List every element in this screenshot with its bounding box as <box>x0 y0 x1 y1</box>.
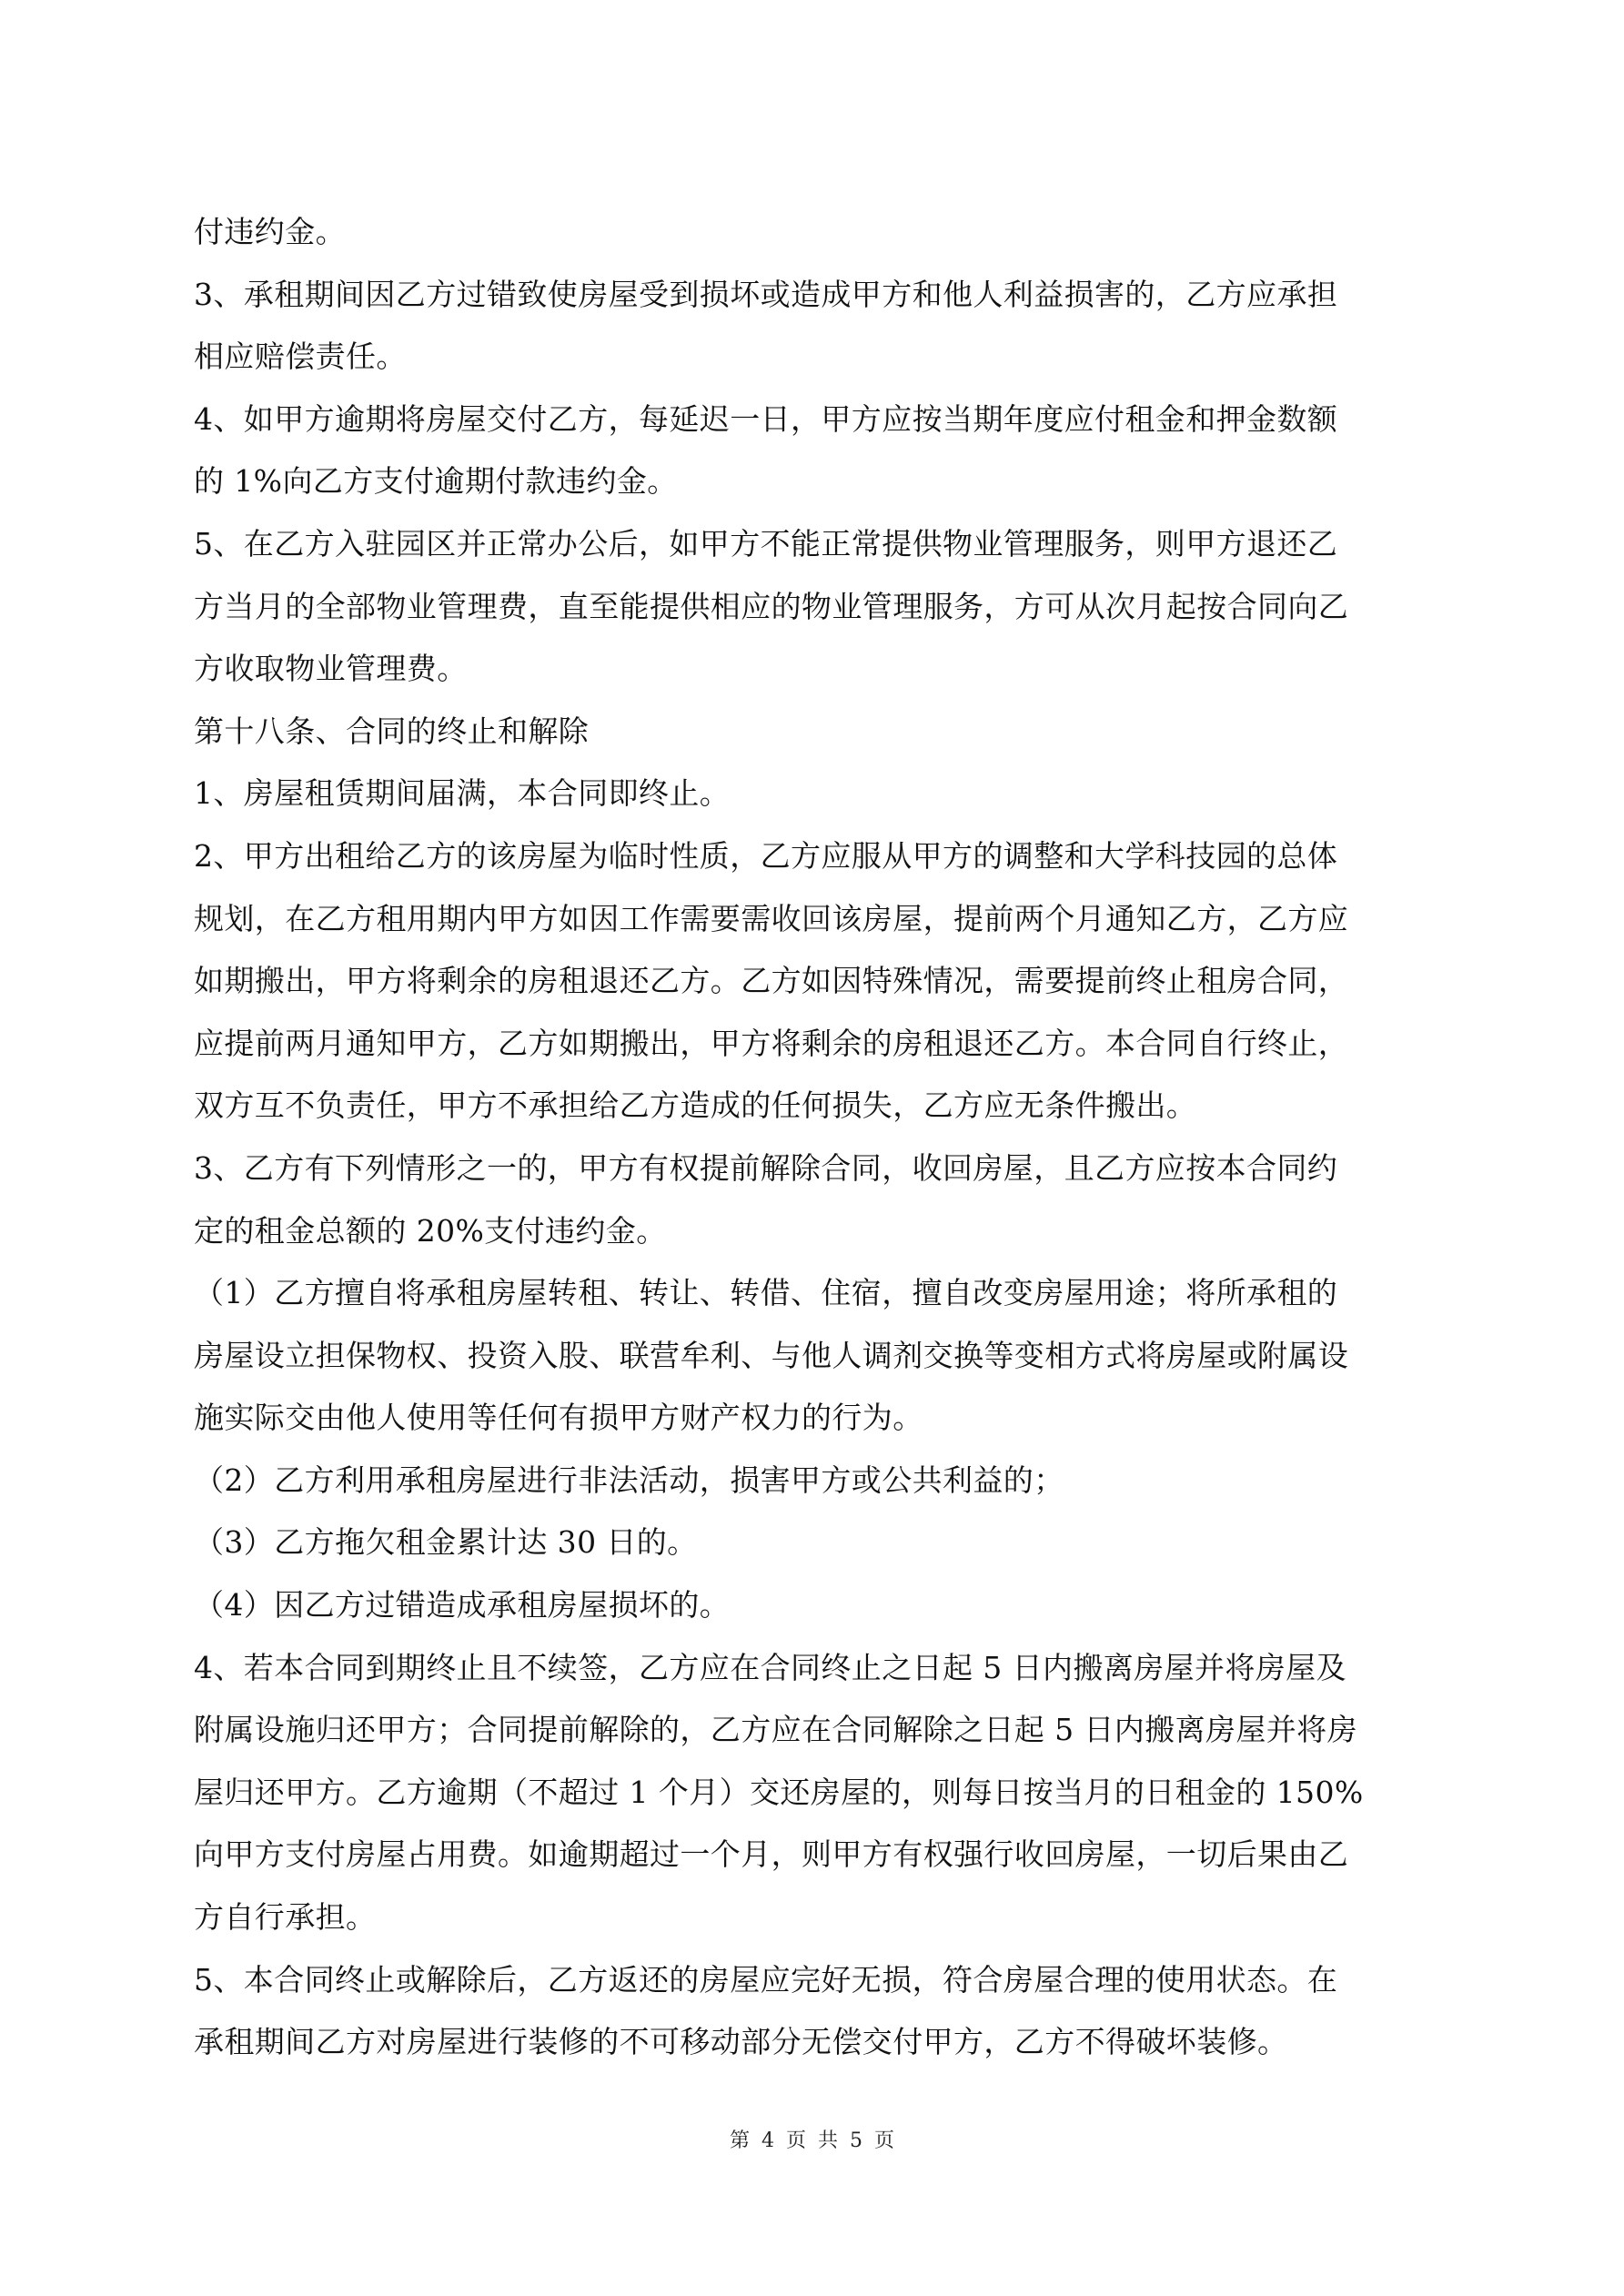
text-line: 如期搬出，甲方将剩余的房租退还乙方。乙方如因特殊情况，需要提前终止租房合同， <box>194 950 1431 1013</box>
text-line: 承租期间乙方对房屋进行装修的不可移动部分无偿交付甲方，乙方不得破坏装修。 <box>194 2011 1431 2074</box>
text-line: 方当月的全部物业管理费，直至能提供相应的物业管理服务，方可从次月起按合同向乙 <box>194 576 1431 639</box>
sub-item-3: （3）乙方拖欠租金累计达 30 日的。 <box>194 1512 1431 1574</box>
text-line: 附属设施归还甲方；合同提前解除的，乙方应在合同解除之日起 5 日内搬离房屋并将房 <box>194 1699 1431 1762</box>
text-line: 双方互不负责任，甲方不承担给乙方造成的任何损失，乙方应无条件搬出。 <box>194 1075 1431 1138</box>
text-line: 定的租金总额的 20%支付违约金。 <box>194 1200 1431 1263</box>
text-line: 屋归还甲方。乙方逾期（不超过 1 个月）交还房屋的，则每日按当月的日租金的 15… <box>194 1762 1431 1825</box>
text-line: 施实际交由他人使用等任何有损甲方财产权力的行为。 <box>194 1387 1431 1450</box>
page-number-footer: 第 4 页 共 5 页 <box>0 2125 1624 2153</box>
document-page: 付违约金。 3、承租期间因乙方过错致使房屋受到损坏或造成甲方和他人利益损害的，乙… <box>0 0 1624 2296</box>
sub-item-4: （4）因乙方过错造成承租房屋损坏的。 <box>194 1574 1431 1637</box>
article-18-clause-2: 2、甲方出租给乙方的该房屋为临时性质，乙方应服从甲方的调整和大学科技园的总体 <box>194 825 1431 888</box>
text-line: 付违约金。 <box>194 201 1431 264</box>
text-line: 房屋设立担保物权、投资入股、联营牟利、与他人调剂交换等变相方式将房屋或附属设 <box>194 1325 1431 1388</box>
clause-4-line: 4、如甲方逾期将房屋交付乙方，每延迟一日，甲方应按当期年度应付租金和押金数额 <box>194 389 1431 451</box>
article-18-clause-3: 3、乙方有下列情形之一的，甲方有权提前解除合同，收回房屋，且乙方应按本合同约 <box>194 1138 1431 1200</box>
text-line: 应提前两月通知甲方，乙方如期搬出，甲方将剩余的房租退还乙方。本合同自行终止， <box>194 1013 1431 1076</box>
text-line: 规划，在乙方租用期内甲方如因工作需要需收回该房屋，提前两个月通知乙方，乙方应 <box>194 888 1431 951</box>
clause-3-line: 3、承租期间因乙方过错致使房屋受到损坏或造成甲方和他人利益损害的，乙方应承担 <box>194 264 1431 327</box>
text-line: 向甲方支付房屋占用费。如逾期超过一个月，则甲方有权强行收回房屋，一切后果由乙 <box>194 1824 1431 1886</box>
text-line: 的 1%向乙方支付逾期付款违约金。 <box>194 450 1431 513</box>
article-18-heading: 第十八条、合同的终止和解除 <box>194 701 1431 764</box>
contract-body: 付违约金。 3、承租期间因乙方过错致使房屋受到损坏或造成甲方和他人利益损害的，乙… <box>194 201 1431 2074</box>
article-18-clause-5: 5、本合同终止或解除后，乙方返还的房屋应完好无损，符合房屋合理的使用状态。在 <box>194 1949 1431 2012</box>
clause-5-line: 5、在乙方入驻园区并正常办公后，如甲方不能正常提供物业管理服务，则甲方退还乙 <box>194 513 1431 576</box>
text-line: 方自行承担。 <box>194 1886 1431 1949</box>
article-18-clause-4: 4、若本合同到期终止且不续签，乙方应在合同终止之日起 5 日内搬离房屋并将房屋及 <box>194 1637 1431 1700</box>
text-line: 方收取物业管理费。 <box>194 638 1431 701</box>
sub-item-2: （2）乙方利用承租房屋进行非法活动，损害甲方或公共利益的； <box>194 1450 1431 1512</box>
text-line: 相应赔偿责任。 <box>194 326 1431 389</box>
sub-item-1: （1）乙方擅自将承租房屋转租、转让、转借、住宿，擅自改变房屋用途；将所承租的 <box>194 1262 1431 1325</box>
article-18-clause-1: 1、房屋租赁期间届满，本合同即终止。 <box>194 763 1431 825</box>
